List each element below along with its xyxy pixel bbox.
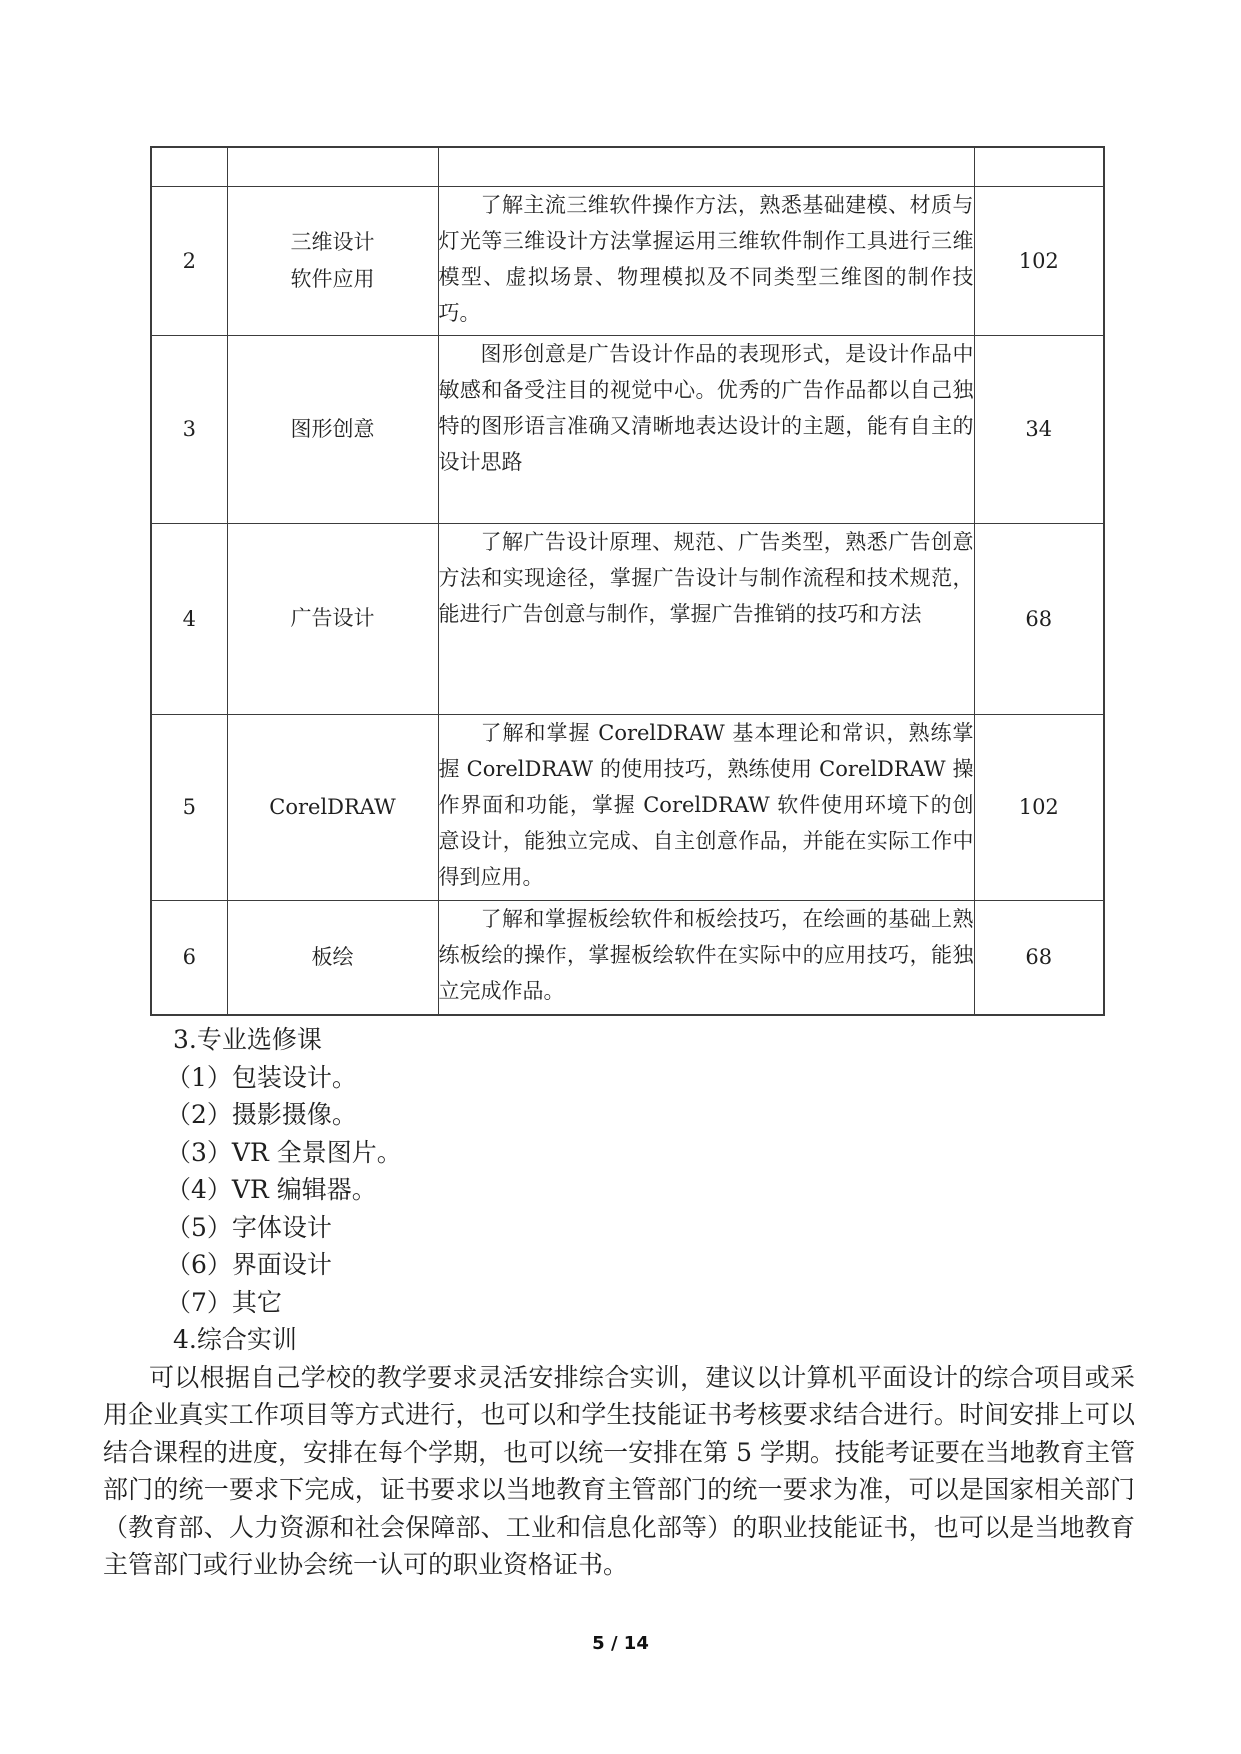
course-name-line: 图形创意 bbox=[228, 411, 438, 448]
header-cell-empty bbox=[227, 147, 438, 186]
row-number-cell: 6 bbox=[151, 900, 227, 1015]
table-row: 5 CorelDRAW 了解和掌握 CorelDRAW 基本理论和常识，熟练掌握… bbox=[151, 714, 1104, 900]
elective-item: （2）摄影摄像。 bbox=[103, 1096, 1135, 1134]
course-hours: 102 bbox=[1019, 249, 1059, 273]
course-name-cell: 图形创意 bbox=[227, 335, 438, 523]
row-number-cell: 4 bbox=[151, 523, 227, 714]
row-number: 2 bbox=[183, 249, 196, 273]
course-table: 2 三维设计 软件应用 了解主流三维软件操作方法，熟悉基础建模、材质与灯光等三维… bbox=[150, 146, 1105, 1016]
course-name-cell: 板绘 bbox=[227, 900, 438, 1015]
row-number-cell: 5 bbox=[151, 714, 227, 900]
header-cell-empty bbox=[438, 147, 974, 186]
course-desc-cell: 了解和掌握板绘软件和板绘技巧，在绘画的基础上熟练板绘的操作，掌握板绘软件在实际中… bbox=[438, 900, 974, 1015]
elective-item: （4）VR 编辑器。 bbox=[103, 1171, 1135, 1209]
training-heading: 4.综合实训 bbox=[103, 1321, 1135, 1359]
course-name-line: 软件应用 bbox=[228, 261, 438, 298]
page-number: 5 / 14 bbox=[0, 1633, 1241, 1654]
header-cell-empty bbox=[974, 147, 1104, 186]
elective-item: （1）包装设计。 bbox=[103, 1059, 1135, 1097]
course-hours: 68 bbox=[1025, 607, 1052, 631]
course-name-cell: CorelDRAW bbox=[227, 714, 438, 900]
course-hours: 102 bbox=[1019, 795, 1059, 819]
row-number: 3 bbox=[183, 417, 196, 441]
course-hours-cell: 68 bbox=[974, 523, 1104, 714]
course-description: 图形创意是广告设计作品的表现形式，是设计作品中敏感和备受注目的视觉中心。优秀的广… bbox=[439, 336, 974, 480]
course-description: 了解和掌握板绘软件和板绘技巧，在绘画的基础上熟练板绘的操作，掌握板绘软件在实际中… bbox=[439, 901, 974, 1009]
row-number: 4 bbox=[183, 607, 196, 631]
row-number-cell: 2 bbox=[151, 186, 227, 335]
course-hours-cell: 102 bbox=[974, 714, 1104, 900]
course-name-line: 三维设计 bbox=[228, 224, 438, 261]
row-number: 6 bbox=[183, 945, 196, 969]
row-number: 5 bbox=[183, 795, 196, 819]
course-hours: 68 bbox=[1025, 945, 1052, 969]
course-name-line: 板绘 bbox=[228, 939, 438, 976]
course-description: 了解主流三维软件操作方法，熟悉基础建模、材质与灯光等三维设计方法掌握运用三维软件… bbox=[439, 187, 974, 331]
course-hours-cell: 34 bbox=[974, 335, 1104, 523]
table-row: 3 图形创意 图形创意是广告设计作品的表现形式，是设计作品中敏感和备受注目的视觉… bbox=[151, 335, 1104, 523]
elective-item: （5）字体设计 bbox=[103, 1209, 1135, 1247]
course-desc-cell: 了解广告设计原理、规范、广告类型，熟悉广告创意方法和实现途径，掌握广告设计与制作… bbox=[438, 523, 974, 714]
course-hours-cell: 68 bbox=[974, 900, 1104, 1015]
body-text-block: 3.专业选修课 （1）包装设计。 （2）摄影摄像。 （3）VR 全景图片。 （4… bbox=[103, 1021, 1135, 1584]
elective-courses-heading: 3.专业选修课 bbox=[103, 1021, 1135, 1059]
header-cell-empty bbox=[151, 147, 227, 186]
table-row: 6 板绘 了解和掌握板绘软件和板绘技巧，在绘画的基础上熟练板绘的操作，掌握板绘软… bbox=[151, 900, 1104, 1015]
course-desc-cell: 了解主流三维软件操作方法，熟悉基础建模、材质与灯光等三维设计方法掌握运用三维软件… bbox=[438, 186, 974, 335]
table-row: 4 广告设计 了解广告设计原理、规范、广告类型，熟悉广告创意方法和实现途径，掌握… bbox=[151, 523, 1104, 714]
course-name-line: CorelDRAW bbox=[228, 789, 438, 826]
table-header-row-empty bbox=[151, 147, 1104, 186]
training-paragraph: 可以根据自己学校的教学要求灵活安排综合实训，建议以计算机平面设计的综合项目或采用… bbox=[103, 1359, 1135, 1584]
course-name-cell: 广告设计 bbox=[227, 523, 438, 714]
course-hours-cell: 102 bbox=[974, 186, 1104, 335]
elective-item: （3）VR 全景图片。 bbox=[103, 1134, 1135, 1172]
table-row: 2 三维设计 软件应用 了解主流三维软件操作方法，熟悉基础建模、材质与灯光等三维… bbox=[151, 186, 1104, 335]
elective-item: （6）界面设计 bbox=[103, 1246, 1135, 1284]
course-description: 了解广告设计原理、规范、广告类型，熟悉广告创意方法和实现途径，掌握广告设计与制作… bbox=[439, 524, 974, 632]
course-hours: 34 bbox=[1025, 417, 1052, 441]
course-description: 了解和掌握 CorelDRAW 基本理论和常识，熟练掌握 CorelDRAW 的… bbox=[439, 715, 974, 895]
course-name-cell: 三维设计 软件应用 bbox=[227, 186, 438, 335]
elective-item: （7）其它 bbox=[103, 1284, 1135, 1322]
document-page: 2 三维设计 软件应用 了解主流三维软件操作方法，熟悉基础建模、材质与灯光等三维… bbox=[0, 0, 1241, 1754]
course-desc-cell: 图形创意是广告设计作品的表现形式，是设计作品中敏感和备受注目的视觉中心。优秀的广… bbox=[438, 335, 974, 523]
course-desc-cell: 了解和掌握 CorelDRAW 基本理论和常识，熟练掌握 CorelDRAW 的… bbox=[438, 714, 974, 900]
course-name-line: 广告设计 bbox=[228, 600, 438, 637]
row-number-cell: 3 bbox=[151, 335, 227, 523]
